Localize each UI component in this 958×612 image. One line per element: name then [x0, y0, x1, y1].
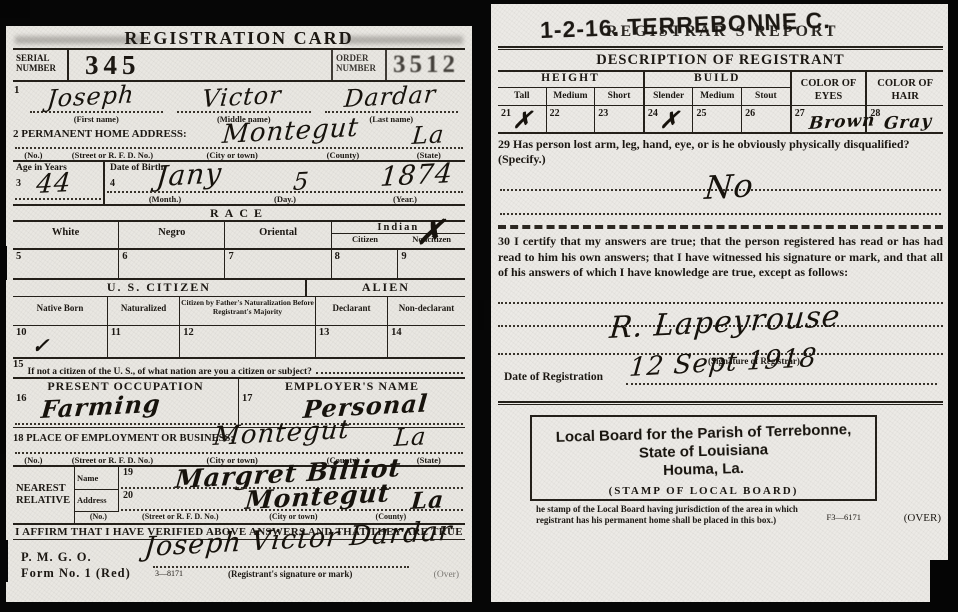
age-cell: Age in Years 3 44 — [13, 162, 105, 204]
color-of-hair-header: COLOR OF HAIR — [867, 72, 943, 106]
back-footnote-row: he stamp of the Local Board having juris… — [498, 504, 943, 534]
x-mark-slender: ✗ — [659, 107, 681, 134]
age-handwriting: 44 — [35, 168, 73, 200]
scan-artifact — [0, 430, 6, 454]
build-group: BUILD Slender Medium Stout 24 ✗ 25 26 — [645, 72, 792, 132]
order-number-label: ORDER NUMBER — [331, 50, 387, 80]
father-naturalization-header: Citizen by Father's Naturalization Befor… — [180, 297, 316, 325]
citizen-cell-10: 10 ✓ — [13, 326, 108, 357]
answer-29-handwriting: No — [703, 166, 756, 207]
citizen-cell-11: 11 — [108, 326, 180, 357]
street-column-label: (Street or R. F. D. No.) — [54, 455, 172, 465]
nearest-relative-block: NEAREST RELATIVE Name 19 Margret Billiot… — [13, 465, 465, 525]
scan-artifact — [478, 300, 484, 330]
scan-artifact — [0, 0, 30, 18]
race-cell-7: 7 — [225, 250, 331, 278]
citizen-cell-12: 12 — [180, 326, 316, 357]
first-name-field: Joseph (First name) — [30, 83, 164, 124]
height-cell-23: 23 — [595, 106, 643, 132]
eyes-cell-27: 27 Brown — [792, 106, 866, 132]
nearest-relative-label: NEAREST RELATIVE — [13, 467, 75, 523]
build-cell-25: 25 — [693, 106, 742, 132]
citizen-alien-header: U. S. CITIZEN ALIEN — [13, 280, 465, 296]
employment-city-handwriting: Montegut — [212, 415, 351, 452]
field-number: 19 — [123, 467, 133, 478]
field-number: 16 — [16, 393, 27, 404]
question-29-answer-area: No — [498, 167, 943, 219]
nondeclarant-header: Non-declarant — [388, 297, 465, 325]
build-header: BUILD — [645, 72, 790, 88]
description-title: DESCRIPTION OF REGISTRANT — [498, 50, 943, 70]
nation-question-text: If not a citizen of the U. S., of what n… — [28, 367, 312, 377]
occupation-cell: 16 Farming — [13, 393, 239, 427]
indian-citizen-label: Citizen — [332, 234, 399, 244]
serial-number-label: SERIAL NUMBER — [13, 50, 69, 80]
x-mark-tall: ✗ — [512, 107, 534, 134]
no-column-label: (No.) — [75, 512, 122, 523]
no-column-label: (No.) — [13, 150, 54, 160]
nation-question-row: 15 If not a citizen of the U. S., of wha… — [13, 359, 465, 377]
registrant-signature-caption: (Registrant's signature or mark) — [228, 569, 352, 579]
build-cell-26: 26 — [742, 106, 790, 132]
race-negro-header: Negro — [119, 222, 225, 248]
print-code: 3—8171 — [155, 569, 183, 578]
race-table: White Negro Oriental Indian Citizen Nonc… — [13, 220, 465, 280]
order-number-value: 3512 — [387, 50, 465, 80]
certification-text: I certify that my answers are true; that… — [498, 234, 943, 279]
over-note: (OVER) — [904, 512, 941, 524]
slender-label: Slender — [645, 88, 694, 105]
question-29: 29 Has person lost arm, leg, hand, eye, … — [498, 134, 943, 167]
footnote-text: he stamp of the Local Board having juris… — [536, 504, 836, 527]
race-cell-5: 5 — [13, 250, 119, 278]
short-label: Short — [595, 88, 643, 105]
dob-year-handwriting: 1874 — [379, 158, 454, 193]
last-name-handwriting: Dardar — [343, 80, 438, 113]
year-label: (Year.) — [345, 194, 465, 204]
registrar-report-header: REGISTRAR'S REPORT 1-2-16. TERREBONNE C. — [498, 10, 943, 46]
field-number: 3 — [16, 178, 21, 189]
race-white-header: White — [13, 222, 119, 248]
street-column-label: (Street or R. F. D. No.) — [54, 150, 172, 160]
date-of-registration-label: Date of Registration — [504, 371, 603, 383]
question-30: 30 I certify that my answers are true; t… — [498, 229, 943, 281]
specify-label: (Specify.) — [498, 152, 546, 166]
color-of-eyes-header: COLOR OF EYES — [792, 72, 866, 106]
check-mark-native-born: ✓ — [31, 333, 51, 358]
over-note: (Over) — [434, 570, 459, 580]
registration-card-front: REGISTRATION CARD SERIAL NUMBER 345 ORDE… — [6, 26, 472, 602]
month-label: (Month.) — [105, 194, 225, 204]
scan-artifact — [0, 540, 8, 582]
eyes-group: COLOR OF EYES 27 Brown — [792, 72, 868, 132]
day-label: (Day.) — [225, 194, 345, 204]
stout-label: Stout — [742, 88, 790, 105]
scan-artifact — [0, 246, 7, 280]
declarant-header: Declarant — [316, 297, 388, 325]
citizen-cell-13: 13 — [316, 326, 388, 357]
question-29-text: Has person lost arm, leg, hand, eye, or … — [513, 137, 910, 151]
blank-line — [498, 281, 943, 304]
height-header: HEIGHT — [498, 72, 643, 88]
serial-number-value: 345 — [69, 50, 157, 80]
cell-number: 21 — [501, 108, 511, 119]
row-number: 2 — [13, 128, 19, 140]
row-number: 1 — [13, 83, 23, 124]
cell-number: 24 — [648, 108, 658, 119]
stamp-smudge — [15, 36, 145, 44]
scan-artifact — [930, 560, 958, 612]
street-column-label: (Street or R. F. D. No.) — [122, 512, 239, 523]
occupation-handwriting: Farming — [40, 389, 162, 424]
registration-card-back: REGISTRAR'S REPORT 1-2-16. TERREBONNE C.… — [491, 4, 950, 602]
age-dob-row: Age in Years 3 44 Date of Birth 4 Jany 5… — [13, 160, 465, 206]
pmgo-line: P. M. G. O. — [21, 550, 131, 566]
front-title-row: REGISTRATION CARD — [13, 28, 465, 48]
middle-name-handwriting: Victor — [201, 81, 283, 113]
row-number: 15 — [13, 359, 24, 370]
form-number-line: Form No. 1 (Red) — [21, 566, 131, 582]
registration-date-row: Date of Registration 12 Sept 1918 — [498, 355, 943, 389]
race-section-title: RACE — [13, 206, 465, 220]
description-table: HEIGHT Tall Medium Short 21 ✗ 22 23 BUIL… — [498, 70, 943, 134]
race-oriental-header: Oriental — [225, 222, 331, 248]
dob-month-handwriting: Jany — [155, 156, 224, 193]
question-number: 30 — [498, 234, 510, 248]
print-code: F3—6171 — [827, 512, 861, 522]
height-cell-21: 21 ✗ — [498, 106, 547, 132]
us-citizen-header: U. S. CITIZEN — [13, 280, 307, 296]
cell-number: 27 — [795, 108, 805, 119]
citizen-cell-14: 14 — [388, 326, 465, 357]
cell-number: 10 — [16, 327, 27, 338]
hair-cell-28: 28 Gray — [867, 106, 943, 132]
card-title: REGISTRATION CARD — [124, 28, 353, 48]
relative-address-label: Address — [75, 490, 119, 513]
cell-number: 28 — [870, 108, 880, 119]
first-name-handwriting: Joseph — [46, 80, 136, 113]
serial-order-row: SERIAL NUMBER 345 ORDER NUMBER 3512 — [13, 48, 465, 82]
no-column-label: (No.) — [13, 455, 54, 465]
race-cell-8: 8 — [332, 250, 399, 278]
employment-state-handwriting: La — [393, 422, 428, 452]
native-born-header: Native Born — [13, 297, 108, 325]
eye-color-handwriting: Brown — [808, 110, 876, 134]
home-address-label: PERMANENT HOME ADDRESS: — [21, 128, 186, 140]
field-number: 17 — [242, 393, 253, 404]
relative-name-label: Name — [75, 467, 119, 490]
scan-artifact — [948, 0, 958, 612]
naturalized-header: Naturalized — [108, 297, 180, 325]
height-group: HEIGHT Tall Medium Short 21 ✗ 22 23 — [498, 72, 645, 132]
alien-header: ALIEN — [307, 280, 465, 296]
local-board-stamp-box: Local Board for the Parish of Terrebonne… — [530, 415, 877, 501]
race-cell-9: 9 — [398, 250, 465, 278]
front-signature-block: P. M. G. O. Form No. 1 (Red) Joseph Vict… — [13, 539, 465, 587]
height-cell-22: 22 — [547, 106, 596, 132]
stamp-smudge — [343, 36, 463, 44]
home-city-handwriting: Montegut — [221, 113, 360, 150]
home-address-row: 2 PERMANENT HOME ADDRESS: Montegut La (N… — [13, 124, 465, 160]
field-number: 4 — [110, 178, 115, 189]
stamp-of-local-board-caption: (STAMP OF LOCAL BOARD) — [532, 485, 875, 497]
relative-address-row: Address 20 Montegut La — [75, 490, 465, 513]
tall-label: Tall — [498, 88, 547, 105]
row-number: 18 — [13, 433, 24, 444]
medium-build-label: Medium — [693, 88, 742, 105]
medium-height-label: Medium — [547, 88, 596, 105]
race-cell-6: 6 — [119, 250, 225, 278]
citizenship-table: Native Born Naturalized Citizen by Fathe… — [13, 296, 465, 359]
county-column-label: (County) — [293, 150, 392, 160]
hair-color-handwriting: Gray — [883, 111, 933, 134]
question-number: 29 — [498, 137, 510, 151]
field-number: 20 — [123, 490, 133, 501]
state-column-label: (State) — [393, 455, 465, 465]
first-name-label: (First name) — [30, 113, 164, 124]
name-row: 1 Joseph (First name) Victor (Middle nam… — [13, 82, 465, 124]
employment-place-label: PLACE OF EMPLOYMENT OR BUSINESS: — [26, 433, 234, 444]
home-state-handwriting: La — [411, 120, 446, 150]
date-of-birth-cell: Date of Birth 4 Jany 5 1874 (Month.) (Da… — [105, 162, 465, 204]
build-cell-24: 24 ✗ — [645, 106, 694, 132]
employer-name-header: EMPLOYER'S NAME — [239, 379, 465, 393]
x-mark-indian-noncitizen: ✗ — [415, 212, 446, 252]
hair-group: COLOR OF HAIR 28 Gray — [867, 72, 943, 132]
